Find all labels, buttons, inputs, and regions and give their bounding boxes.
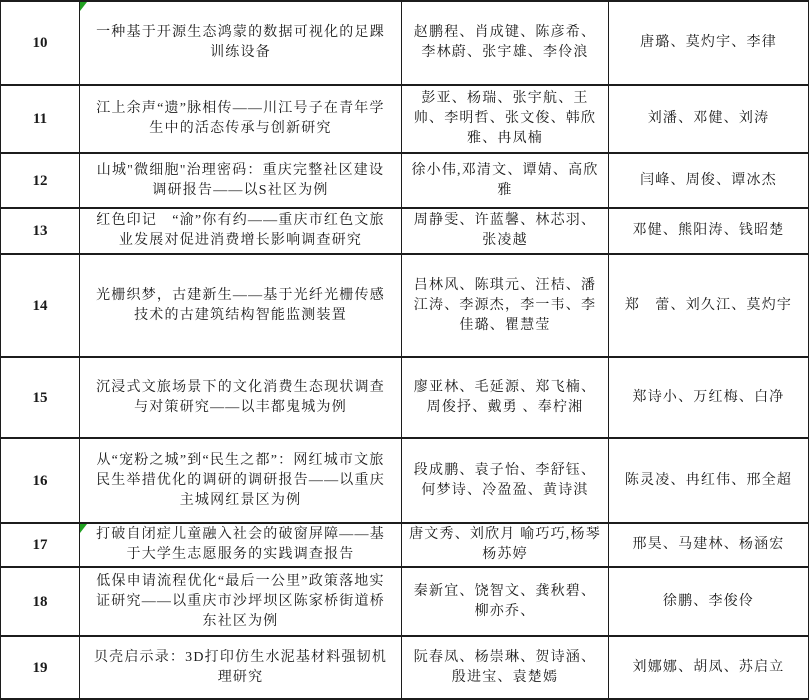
project-title: 打破自闭症儿童融入社会的破窗屏障——基于大学生志愿服务的实践调查报告 <box>80 524 401 566</box>
advisors: 徐鹏、李俊伶 <box>655 591 762 613</box>
project-title: 山城"微细胞"治理密码：重庆完整社区建设调研报告——以S社区为例 <box>80 160 401 202</box>
table-row: 14 光栅织梦，古建新生——基于光纤光栅传感技术的古建筑结构智能监测装置 吕林风… <box>1 254 809 357</box>
row-number: 19 <box>33 660 48 676</box>
row-number: 17 <box>33 537 48 553</box>
team-members: 彭亚、杨瑞、张宇航、王帅、李明哲、张文俊、韩欣雅、冉凤楠 <box>402 88 608 150</box>
row-number-cell: 10 <box>1 1 80 85</box>
advisors-cell: 闫峰、周俊、谭冰杰 <box>609 153 809 208</box>
advisors-cell: 陈灵凌、冉红伟、邢全超 <box>609 438 809 523</box>
team-members: 唐文秀、刘欣月 喻巧巧,杨琴 杨苏婷 <box>402 524 608 566</box>
project-title-cell: 打破自闭症儿童融入社会的破窗屏障——基于大学生志愿服务的实践调查报告 <box>80 523 402 567</box>
table-row: 12 山城"微细胞"治理密码：重庆完整社区建设调研报告——以S社区为例 徐小伟,… <box>1 153 809 208</box>
team-members-cell: 唐文秀、刘欣月 喻巧巧,杨琴 杨苏婷 <box>402 523 609 567</box>
team-members-cell: 彭亚、杨瑞、张宇航、王帅、李明哲、张文俊、韩欣雅、冉凤楠 <box>402 85 609 153</box>
team-members: 阮春凤、杨崇琳、贺诗涵、殷进宝、袁楚嫣 <box>402 647 608 689</box>
project-title: 江上余声“遗”脉相传——川江号子在青年学生中的活态传承与创新研究 <box>80 98 401 140</box>
team-members-cell: 段成鹏、袁子怡、李舒钰、何梦诗、冷盈盈、黄诗淇 <box>402 438 609 523</box>
advisors: 郑诗小、万红梅、白净 <box>625 387 793 409</box>
green-corner-marker-icon <box>80 2 87 11</box>
project-title: 红色印记 “渝”你有约——重庆市红色文旅业发展对促进消费增长影响调查研究 <box>80 210 401 252</box>
row-number-cell: 17 <box>1 523 80 567</box>
team-members: 段成鹏、袁子怡、李舒钰、何梦诗、冷盈盈、黄诗淇 <box>402 460 608 502</box>
projects-table: 10 一种基于开源生态鸿蒙的数据可视化的足踝训练设备 赵鹏程、肖成键、陈彦希、李… <box>0 0 809 700</box>
team-members-cell: 赵鹏程、肖成键、陈彦希、李林蔚、张宇雄、李伶浪 <box>402 1 609 85</box>
row-number: 11 <box>33 111 47 127</box>
table-row: 10 一种基于开源生态鸿蒙的数据可视化的足踝训练设备 赵鹏程、肖成键、陈彦希、李… <box>1 1 809 85</box>
project-title-cell: 江上余声“遗”脉相传——川江号子在青年学生中的活态传承与创新研究 <box>80 85 402 153</box>
row-number: 14 <box>33 298 48 314</box>
table-row: 17 打破自闭症儿童融入社会的破窗屏障——基于大学生志愿服务的实践调查报告 唐文… <box>1 523 809 567</box>
table-row: 16 从“宠粉之城”到“民生之都”：网红城市文旅民生举措优化的调研的调研报告——… <box>1 438 809 523</box>
table-row: 19 贝壳启示录：3D打印仿生水泥基材料强韧机理研究 阮春凤、杨崇琳、贺诗涵、殷… <box>1 636 809 699</box>
row-number-cell: 12 <box>1 153 80 208</box>
team-members: 周静雯、许蓝馨、林芯羽、张凌越 <box>402 210 608 252</box>
row-number: 13 <box>33 223 48 239</box>
team-members-cell: 廖亚林、毛延源、郑飞楠、周俊抒、戴勇 、奉柠湘 <box>402 357 609 438</box>
advisors: 刘娜娜、胡凤、苏启立 <box>625 657 793 679</box>
advisors: 邢昊、马建林、杨涵宏 <box>625 534 793 556</box>
row-number-cell: 19 <box>1 636 80 699</box>
team-members-cell: 吕林风、陈琪元、汪桔、潘江涛、李源杰，李一韦、李佳璐、瞿慧莹 <box>402 254 609 357</box>
team-members: 赵鹏程、肖成键、陈彦希、李林蔚、张宇雄、李伶浪 <box>402 22 608 64</box>
row-number-cell: 16 <box>1 438 80 523</box>
row-number: 10 <box>33 35 48 51</box>
team-members-cell: 阮春凤、杨崇琳、贺诗涵、殷进宝、袁楚嫣 <box>402 636 609 699</box>
table-row: 13 红色印记 “渝”你有约——重庆市红色文旅业发展对促进消费增长影响调查研究 … <box>1 208 809 254</box>
advisors-cell: 刘潘、邓健、刘涛 <box>609 85 809 153</box>
advisors-cell: 郑 蕾、刘久江、莫灼宇 <box>609 254 809 357</box>
project-title-cell: 光栅织梦，古建新生——基于光纤光栅传感技术的古建筑结构智能监测装置 <box>80 254 402 357</box>
advisors: 郑 蕾、刘久江、莫灼宇 <box>617 295 800 317</box>
project-title-cell: 贝壳启示录：3D打印仿生水泥基材料强韧机理研究 <box>80 636 402 699</box>
green-corner-marker-icon <box>80 524 87 533</box>
project-title: 从“宠粉之城”到“民生之都”：网红城市文旅民生举措优化的调研的调研报告——以重庆… <box>80 450 401 512</box>
project-title-cell: 沉浸式文旅场景下的文化消费生态现状调查与对策研究——以丰都鬼城为例 <box>80 357 402 438</box>
table-body: 10 一种基于开源生态鸿蒙的数据可视化的足踝训练设备 赵鹏程、肖成键、陈彦希、李… <box>1 1 809 699</box>
project-title: 贝壳启示录：3D打印仿生水泥基材料强韧机理研究 <box>80 647 401 689</box>
row-number-cell: 15 <box>1 357 80 438</box>
team-members: 徐小伟,邓清文、谭婧、高欣雅 <box>402 160 608 202</box>
advisors: 刘潘、邓健、刘涛 <box>640 108 778 130</box>
team-members-cell: 秦新宜、饶智文、龚秋碧、柳亦乔、 <box>402 567 609 636</box>
table-row: 15 沉浸式文旅场景下的文化消费生态现状调查与对策研究——以丰都鬼城为例 廖亚林… <box>1 357 809 438</box>
project-title-cell: 红色印记 “渝”你有约——重庆市红色文旅业发展对促进消费增长影响调查研究 <box>80 208 402 254</box>
advisors: 邓健、熊阳涛、钱昭楚 <box>625 220 793 242</box>
team-members: 廖亚林、毛延源、郑飞楠、周俊抒、戴勇 、奉柠湘 <box>402 377 608 419</box>
project-title: 一种基于开源生态鸿蒙的数据可视化的足踝训练设备 <box>80 22 401 64</box>
row-number: 18 <box>33 594 48 610</box>
advisors-cell: 刘娜娜、胡凤、苏启立 <box>609 636 809 699</box>
table-row: 18 低保申请流程优化“最后一公里”政策落地实证研究——以重庆市沙坪坝区陈家桥街… <box>1 567 809 636</box>
project-title-cell: 一种基于开源生态鸿蒙的数据可视化的足踝训练设备 <box>80 1 402 85</box>
project-title-cell: 从“宠粉之城”到“民生之都”：网红城市文旅民生举措优化的调研的调研报告——以重庆… <box>80 438 402 523</box>
project-title-cell: 低保申请流程优化“最后一公里”政策落地实证研究——以重庆市沙坪坝区陈家桥街道桥东… <box>80 567 402 636</box>
row-number: 12 <box>33 173 48 189</box>
team-members: 秦新宜、饶智文、龚秋碧、柳亦乔、 <box>402 581 608 623</box>
team-members: 吕林风、陈琪元、汪桔、潘江涛、李源杰，李一韦、李佳璐、瞿慧莹 <box>402 275 608 337</box>
row-number-cell: 18 <box>1 567 80 636</box>
advisors-cell: 徐鹏、李俊伶 <box>609 567 809 636</box>
advisors: 陈灵凌、冉红伟、邢全超 <box>617 470 800 492</box>
document-page: 10 一种基于开源生态鸿蒙的数据可视化的足踝训练设备 赵鹏程、肖成键、陈彦希、李… <box>0 0 810 700</box>
row-number-cell: 13 <box>1 208 80 254</box>
project-title: 低保申请流程优化“最后一公里”政策落地实证研究——以重庆市沙坪坝区陈家桥街道桥东… <box>80 571 401 633</box>
project-title: 光栅织梦，古建新生——基于光纤光栅传感技术的古建筑结构智能监测装置 <box>80 285 401 327</box>
team-members-cell: 周静雯、许蓝馨、林芯羽、张凌越 <box>402 208 609 254</box>
advisors: 闫峰、周俊、谭冰杰 <box>632 170 785 192</box>
row-number: 15 <box>33 390 48 406</box>
row-number: 16 <box>33 473 48 489</box>
team-members-cell: 徐小伟,邓清文、谭婧、高欣雅 <box>402 153 609 208</box>
row-number-cell: 11 <box>1 85 80 153</box>
advisors: 唐璐、莫灼宇、李律 <box>632 32 785 54</box>
advisors-cell: 邢昊、马建林、杨涵宏 <box>609 523 809 567</box>
advisors-cell: 邓健、熊阳涛、钱昭楚 <box>609 208 809 254</box>
advisors-cell: 唐璐、莫灼宇、李律 <box>609 1 809 85</box>
advisors-cell: 郑诗小、万红梅、白净 <box>609 357 809 438</box>
table-row: 11 江上余声“遗”脉相传——川江号子在青年学生中的活态传承与创新研究 彭亚、杨… <box>1 85 809 153</box>
project-title-cell: 山城"微细胞"治理密码：重庆完整社区建设调研报告——以S社区为例 <box>80 153 402 208</box>
project-title: 沉浸式文旅场景下的文化消费生态现状调查与对策研究——以丰都鬼城为例 <box>80 377 401 419</box>
row-number-cell: 14 <box>1 254 80 357</box>
